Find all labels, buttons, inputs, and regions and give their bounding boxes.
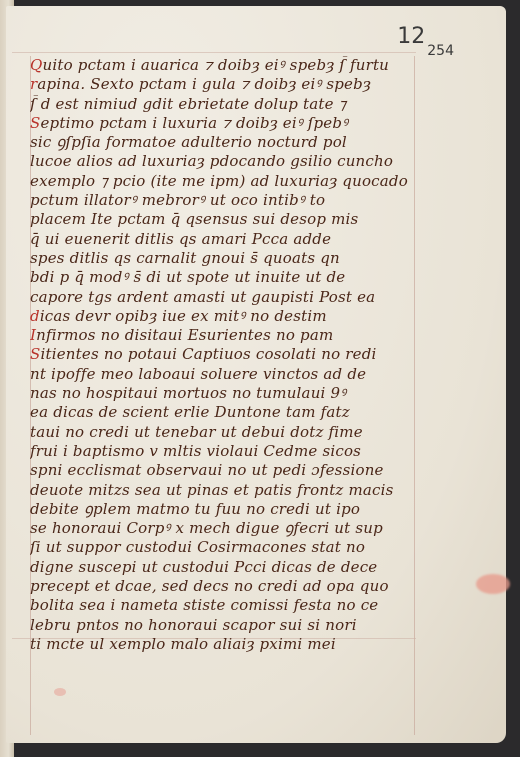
manuscript-line: taui no credi ut tenebar ut debui dotz f… [30,423,422,442]
rubricated-initial: d [30,307,40,325]
rubricated-initial: I [30,326,36,344]
manuscript-line: ſ̄ d est nimiud gdit ebrietate dolup tat… [30,95,422,114]
manuscript-line: nas no hospitaui mortuos no tumulaui 9ꝰ [30,384,422,403]
manuscript-line: digne suscepi ut custodui Pcci dicas de … [30,558,422,577]
manuscript-line: bdi p q̄ modꝰ s̄ di ut spote ut inuite u… [30,268,422,287]
rubricated-initial: S [30,345,40,363]
manuscript-line: ea dicas de scient erlie Duntone tam fat… [30,403,422,422]
red-ink-smudge [476,574,510,594]
manuscript-line: lebru pntos no honoraui scapor sui si no… [30,616,422,635]
manuscript-line: Infirmos no disitaui Esurientes no pam [30,326,422,345]
manuscript-line: pctum illatorꝰ mebrorꝰ ut oco intibꝰ to [30,191,422,210]
manuscript-line: deuote mitzs sea ut pinas et patis front… [30,481,422,500]
manuscript-line: frui i baptismo v mltis violaui Cedme si… [30,442,422,461]
manuscript-line: lucoe alios ad luxuriaȝ pdocando gsilio … [30,152,422,171]
folio-number: 12254 [397,24,454,49]
manuscript-line: ſi ut suppor custodui Cosirmacones stat … [30,538,422,557]
folio-number-primary: 12 [397,24,425,49]
manuscript-page: 12254 Quito pctam i auarica ⁊ doibȝ eiꝰ … [6,6,506,743]
manuscript-line: Quito pctam i auarica ⁊ doibȝ eiꝰ spebȝ … [30,56,422,75]
manuscript-line: nt ipoffe meo laboaui soluere vinctos ad… [30,365,422,384]
manuscript-line: spes ditlis qs carnalit gnoui s̄ quoats … [30,249,422,268]
folio-number-secondary: 254 [427,43,454,59]
manuscript-line: se honoraui Corpꝰ x mech digue ꝯfecri ut… [30,519,422,538]
manuscript-text-block: Quito pctam i auarica ⁊ doibȝ eiꝰ spebȝ … [30,56,422,654]
manuscript-line: capore tgs ardent amasti ut gaupisti Pos… [30,288,422,307]
red-ink-spot [54,688,66,696]
manuscript-line: Septimo pctam i luxuria ⁊ doibȝ eiꝰ ſpeb… [30,114,422,133]
manuscript-line: bolita sea i nameta stiste comissi festa… [30,596,422,615]
manuscript-line: q̄ ui euenerit ditlis qs amari Pcca adde [30,230,422,249]
manuscript-line: Sitientes no potaui Captiuos cosolati no… [30,345,422,364]
manuscript-line: placem Ite pctam q̄ qsensus sui desop mi… [30,210,422,229]
manuscript-line: rapina. Sexto pctam i gula ⁊ doibȝ eiꝰ s… [30,75,422,94]
manuscript-line: ti mcte ul xemplo malo aliaiȝ pximi mei [30,635,422,654]
rubricated-initial: Q [30,56,43,74]
rubricated-initial: S [30,114,40,132]
manuscript-line: sic ꝯſpſia formatoe adulterio nocturd po… [30,133,422,152]
manuscript-line: exemplo ⁊ pcio (ite me ipm) ad luxuriaȝ … [30,172,422,191]
rubricated-initial: r [30,75,37,93]
manuscript-line: precept et dcae, sed decs no credi ad op… [30,577,422,596]
manuscript-line: dicas devr opibȝ iue ex mitꝰ no destim [30,307,422,326]
manuscript-line: debite ꝯplem matmo tu fuu no credi ut ip… [30,500,422,519]
manuscript-line: spni ecclismat observaui no ut pedi ɔfes… [30,461,422,480]
top-rule [12,52,416,53]
